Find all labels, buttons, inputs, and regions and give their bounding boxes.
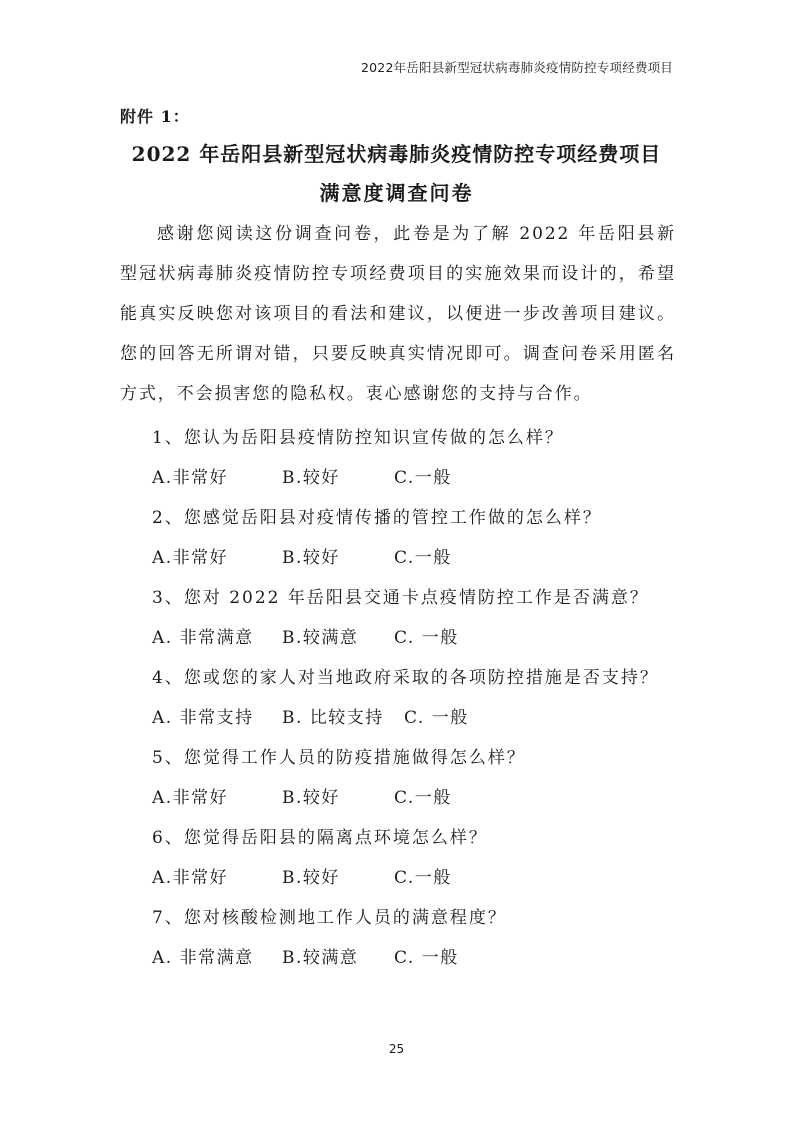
option-b: B.较好 <box>282 858 394 898</box>
option-c: C. 一般 <box>394 618 459 658</box>
option-b: B. 比较支持 <box>282 698 404 738</box>
option-row: A. 非常满意 B.较满意 C. 一般 <box>152 938 672 978</box>
question-text: 5、您觉得工作人员的防疫措施做得怎么样？ <box>152 738 672 778</box>
attachment-label: 附件 1： <box>120 104 190 127</box>
page-number: 25 <box>0 1042 793 1056</box>
question-text: 1、您认为岳阳县疫情防控知识宣传做的怎么样？ <box>152 418 672 458</box>
question-item: 4、您或您的家人对当地政府采取的各项防控措施是否支持？ A. 非常支持 B. 比… <box>152 658 672 738</box>
option-a: A.非常好 <box>152 778 282 818</box>
option-a: A.非常好 <box>152 858 282 898</box>
option-row: A.非常好 B.较好 C.一般 <box>152 538 672 578</box>
question-text: 4、您或您的家人对当地政府采取的各项防控措施是否支持？ <box>152 658 672 698</box>
option-b: B.较好 <box>282 458 394 498</box>
option-row: A.非常好 B.较好 C.一般 <box>152 858 672 898</box>
option-c: C.一般 <box>394 538 452 578</box>
option-b: B.较满意 <box>282 938 394 978</box>
option-c: C.一般 <box>394 778 452 818</box>
option-c: C.一般 <box>394 858 452 898</box>
option-row: A.非常好 B.较好 C.一般 <box>152 458 672 498</box>
question-text: 6、您觉得岳阳县的隔离点环境怎么样？ <box>152 818 672 858</box>
option-b: B.较好 <box>282 538 394 578</box>
document-title: 2022 年岳阳县新型冠状病毒肺炎疫情防控专项经费项目 <box>0 138 793 167</box>
option-c: C. 一般 <box>404 698 469 738</box>
question-item: 1、您认为岳阳县疫情防控知识宣传做的怎么样？ A.非常好 B.较好 C.一般 <box>152 418 672 498</box>
option-row: A.非常好 B.较好 C.一般 <box>152 778 672 818</box>
option-a: A. 非常支持 <box>152 698 282 738</box>
question-text: 7、您对核酸检测地工作人员的满意程度？ <box>152 898 672 938</box>
option-a: A. 非常满意 <box>152 618 282 658</box>
option-b: B.较满意 <box>282 618 394 658</box>
question-item: 6、您觉得岳阳县的隔离点环境怎么样？ A.非常好 B.较好 C.一般 <box>152 818 672 898</box>
option-c: C.一般 <box>394 458 452 498</box>
option-a: A.非常好 <box>152 538 282 578</box>
question-item: 5、您觉得工作人员的防疫措施做得怎么样？ A.非常好 B.较好 C.一般 <box>152 738 672 818</box>
option-b: B.较好 <box>282 778 394 818</box>
question-text: 2、您感觉岳阳县对疫情传播的管控工作做的怎么样？ <box>152 498 672 538</box>
option-c: C. 一般 <box>394 938 459 978</box>
question-item: 2、您感觉岳阳县对疫情传播的管控工作做的怎么样？ A.非常好 B.较好 C.一般 <box>152 498 672 578</box>
question-item: 7、您对核酸检测地工作人员的满意程度？ A. 非常满意 B.较满意 C. 一般 <box>152 898 672 978</box>
document-subtitle: 满意度调查问卷 <box>0 177 793 206</box>
option-a: A.非常好 <box>152 458 282 498</box>
option-row: A. 非常满意 B.较满意 C. 一般 <box>152 618 672 658</box>
option-row: A. 非常支持 B. 比较支持 C. 一般 <box>152 698 672 738</box>
running-header: 2022年岳阳县新型冠状病毒肺炎疫情防控专项经费项目 <box>361 58 673 76</box>
question-item: 3、您对 2022 年岳阳县交通卡点疫情防控工作是否满意？ A. 非常满意 B.… <box>152 578 672 658</box>
question-text: 3、您对 2022 年岳阳县交通卡点疫情防控工作是否满意？ <box>152 578 672 618</box>
question-list: 1、您认为岳阳县疫情防控知识宣传做的怎么样？ A.非常好 B.较好 C.一般 2… <box>152 418 672 978</box>
option-a: A. 非常满意 <box>152 938 282 978</box>
intro-paragraph: 感谢您阅读这份调查问卷，此卷是为了解 2022 年岳阳县新型冠状病毒肺炎疫情防控… <box>120 214 676 414</box>
